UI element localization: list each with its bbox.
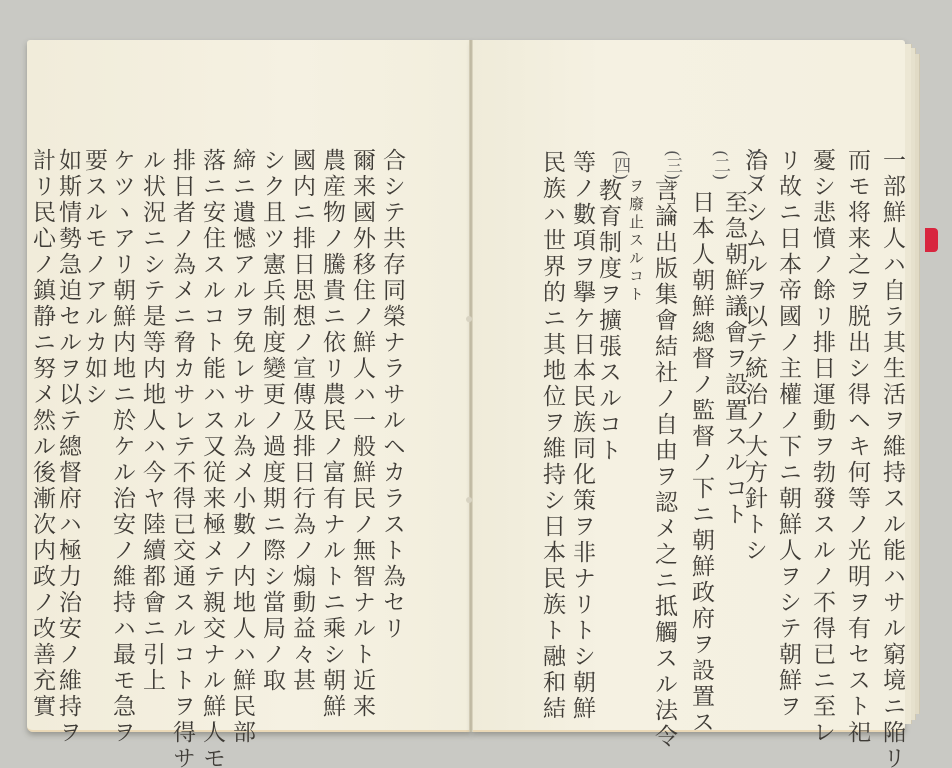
text-column: 計リ民心ノ鎮静ニ努メ然ル後漸次内政ノ改善充實 — [30, 148, 53, 720]
binding-hole — [466, 316, 472, 322]
text-column: 言論出版集會結社ノ自由ヲ認メ之ニ抵觸スル法令 — [652, 178, 675, 750]
bookmark-tab — [925, 228, 938, 252]
text-column: 日本人朝鮮總督ノ監督ノ下ニ朝鮮政府ヲ設置ス — [689, 190, 712, 736]
text-column: 要スルモノアルカ如シ — [82, 148, 105, 408]
item-marker: (三) — [660, 150, 683, 180]
text-column: 一部鮮人ハ自ラ其生活ヲ維持スル能ハサル窮境ニ陥リ — [880, 148, 903, 768]
book-gutter — [469, 40, 473, 732]
text-column: ヲ廢止スルコト — [628, 178, 643, 304]
item-marker: (一) — [745, 150, 768, 180]
text-column: 排日者ノ為メニ脅カサレテ不得已交通スルコトヲ得サ — [170, 148, 193, 768]
item-number: (二) — [710, 150, 730, 180]
text-column: 而モ将来之ヲ脱出シ得ヘキ何等ノ光明ヲ有セスト祀 — [845, 148, 868, 746]
text-column: 農産物ノ騰貴ニ依リ農民ノ富有ナルトニ乘シ朝鮮 — [320, 148, 343, 720]
text-column: リ故ニ日本帝國ノ主權ノ下ニ朝鮮人ヲシテ朝鮮ヲ — [776, 148, 799, 720]
text-column: 憂シ悲憤ノ餘リ排日運動ヲ勃發スルノ不得已ニ至レ — [810, 148, 833, 746]
binding-hole — [466, 497, 472, 503]
text-column: 爾来國外移住ノ鮮人ハ一般鮮民ノ無智ナルト近来 — [350, 148, 373, 720]
item-number: (一) — [747, 150, 767, 180]
text-column: 等ノ數項ヲ擧ケ日本民族同化策ヲ非ナリトシ朝鮮 — [570, 150, 593, 722]
text-column: 民族ハ世界的ニ其地位ヲ維持シ日本民族ト融和結 — [540, 150, 563, 722]
text-column: 合シテ共存同榮ナラサルヘカラスト為セリ — [380, 148, 403, 642]
item-number: (四) — [610, 150, 630, 180]
item-number: (三) — [662, 150, 682, 180]
text-column: 教育制度ヲ擴張スルコト — [596, 178, 619, 464]
text-column: ル状況ニシテ是等内地人ハ今ヤ陸續都會ニ引上 — [140, 148, 163, 694]
page-stack-edge — [915, 54, 920, 714]
text-column: シク且ツ憲兵制度變更ノ過度期ニ際シ當局ノ取 — [260, 148, 283, 694]
text-column: 至急朝鮮議會ヲ設置スルコト — [722, 190, 745, 528]
text-column: 國内ニ排日思想ノ宣傳及排日行為ノ煽動益々甚 — [290, 148, 313, 694]
text-column: 如斯情勢急迫セルヲ以テ總督府ハ極力治安ノ維持ヲ — [56, 148, 79, 746]
text-column: 締ニ遺憾アルヲ免レサル為メ小數ノ内地人ハ鮮民部 — [230, 148, 253, 746]
text-column: ケツヽアリ朝鮮内地ニ於ケル治安ノ維持ハ最モ急ヲ — [110, 148, 133, 746]
item-marker: (四) — [608, 150, 631, 180]
text-column: 落ニ安住スルコト能ハス又従来極メテ親交ナル鮮人モ — [200, 148, 223, 768]
item-marker: (二) — [708, 150, 731, 180]
